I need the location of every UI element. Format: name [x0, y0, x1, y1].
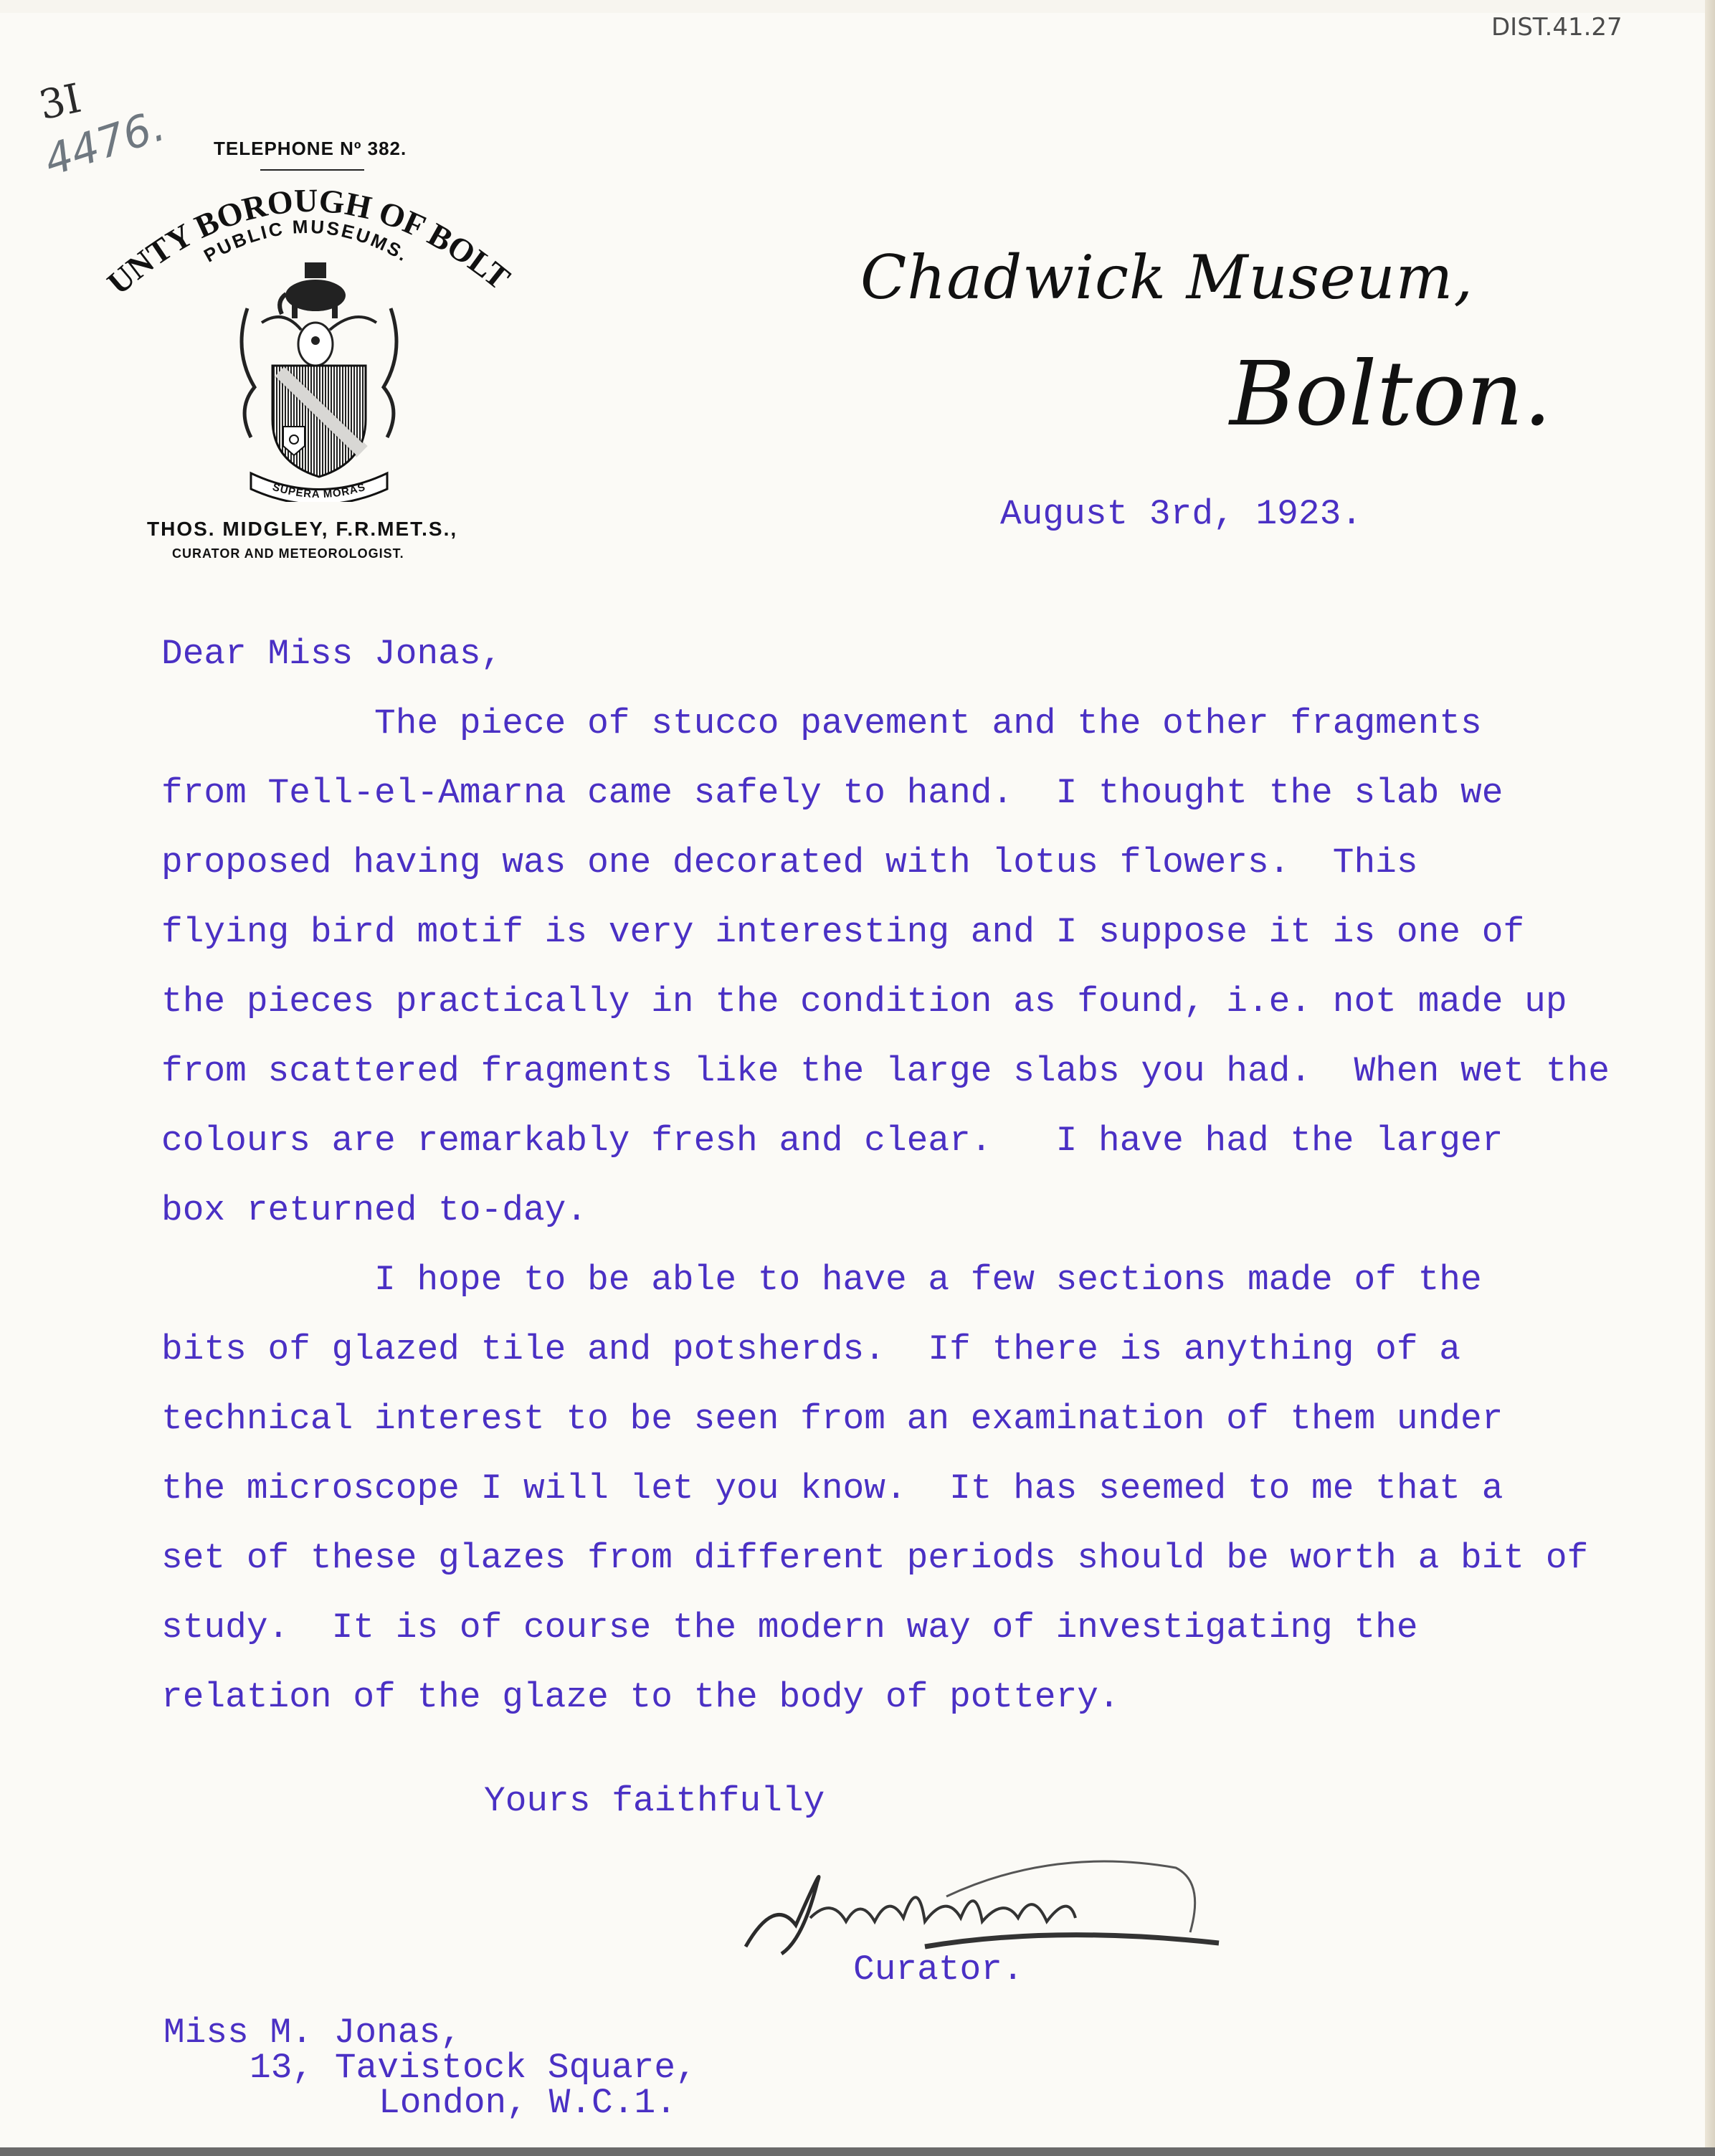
telephone-rule [260, 169, 364, 171]
salutation: Dear Miss Jonas, [161, 637, 502, 673]
coat-of-arms-icon: SUPERA MORAS [233, 258, 405, 502]
body-line: study. It is of course the modern way of… [161, 1610, 1418, 1646]
body-line: box returned to-day. [161, 1193, 587, 1229]
curator-title: CURATOR AND METEOROLOGIST. [172, 546, 404, 561]
body-line: flying bird motif is very interesting an… [161, 915, 1524, 951]
telephone-number: TELEPHONE Nº 382. [214, 138, 407, 160]
curator-name: THOS. MIDGLEY, F.R.MET.S., [147, 518, 457, 541]
museum-name: Chadwick Museum, [860, 242, 1473, 313]
recipient-street: 13, Tavistock Square, [250, 2051, 697, 2086]
body-line: the pieces practically in the condition … [161, 984, 1567, 1020]
body-line: I hope to be able to have a few sections… [161, 1263, 1482, 1298]
body-line: colours are remarkably fresh and clear. … [161, 1124, 1503, 1159]
body-line: proposed having was one decorated with l… [161, 845, 1418, 881]
recipient-name: Miss M. Jonas, [163, 2015, 462, 2051]
body-line: from scattered fragments like the large … [161, 1054, 1610, 1090]
body-line: relation of the glaze to the body of pot… [161, 1680, 1120, 1716]
body-line: the microscope I will let you know. It h… [161, 1471, 1503, 1507]
closing: Yours faithfully [484, 1784, 825, 1820]
body-line: technical interest to be seen from an ex… [161, 1402, 1503, 1438]
body-line: bits of glazed tile and potsherds. If th… [161, 1332, 1460, 1368]
body-line: The piece of stucco pavement and the oth… [161, 706, 1482, 742]
handwritten-signature: Thos. Midgley [731, 1853, 1420, 1961]
scan-bottom-edge [0, 2147, 1715, 2156]
archive-reference: DIST.41.27 [1491, 13, 1623, 42]
recipient-city: London, W.C.1. [379, 2086, 677, 2122]
paper-edge [1705, 0, 1715, 2156]
signatory-title: Curator. [853, 1952, 1024, 1988]
town-name: Bolton. [1230, 343, 1552, 446]
body-line: set of these glazes from different perio… [161, 1541, 1588, 1577]
letter-date: August 3rd, 1923. [1000, 497, 1362, 533]
body-line: from Tell-el-Amarna came safely to hand.… [161, 776, 1503, 812]
